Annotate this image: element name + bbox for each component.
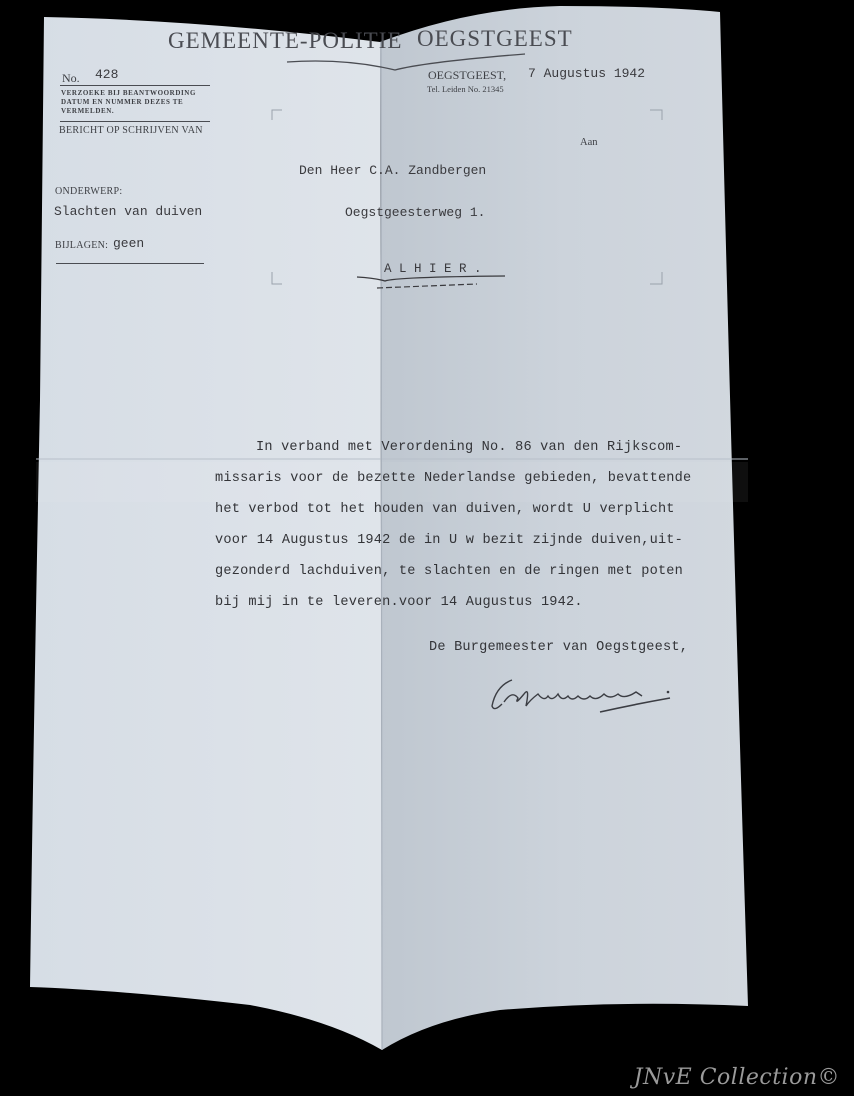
signature-icon	[486, 672, 686, 722]
subject-label: ONDERWERP:	[55, 186, 122, 197]
body-line-4: voor 14 Augustus 1942 de in U w bezit zi…	[215, 533, 683, 548]
letterhead-title-right: OEGSTGEEST	[417, 26, 573, 52]
closing-line: De Burgemeester van Oegstgeest,	[429, 640, 688, 655]
place-label: OEGSTGEEST,	[428, 68, 506, 83]
watermark: JNvE Collection©	[634, 1065, 840, 1090]
attachments-label: BIJLAGEN:	[55, 240, 108, 251]
body-line-3: het verbod tot het houden van duiven, wo…	[215, 502, 675, 517]
body-line-6: bij mij in te leveren.voor 14 Augustus 1…	[215, 595, 583, 610]
attachments-value: geen	[113, 236, 144, 251]
number-value: 428	[95, 67, 118, 82]
divider	[60, 85, 210, 86]
number-label: No.	[62, 71, 80, 86]
divider	[56, 263, 204, 264]
city-underline	[355, 274, 515, 294]
letter-content: GEMEENTE-POLITIE OEGSTGEEST No. 428 VERZ…	[0, 0, 854, 1096]
subject-value: Slachten van duiven	[54, 204, 202, 219]
recipient-address: Oegstgeesterweg 1.	[345, 205, 485, 220]
reply-to-label: BERICHT OP SCHRIJVEN VAN	[59, 125, 203, 136]
body-line-1: In verband met Verordening No. 86 van de…	[256, 440, 682, 455]
letter-paper: GEMEENTE-POLITIE OEGSTGEEST No. 428 VERZ…	[0, 0, 854, 1096]
request-note: VERZOEKE BIJ BEANTWOORDING DATUM EN NUMM…	[61, 89, 196, 116]
body-line-5: gezonderd lachduiven, te slachten en de …	[215, 564, 683, 579]
letterhead-title-left: GEMEENTE-POLITIE	[168, 28, 402, 54]
letter-date: 7 Augustus 1942	[528, 66, 645, 81]
phone-number: Tel. Leiden No. 21345	[427, 84, 504, 94]
recipient-name: Den Heer C.A. Zandbergen	[299, 163, 486, 178]
body-line-2: missaris voor de bezette Nederlandse geb…	[215, 471, 691, 486]
divider	[60, 121, 210, 122]
